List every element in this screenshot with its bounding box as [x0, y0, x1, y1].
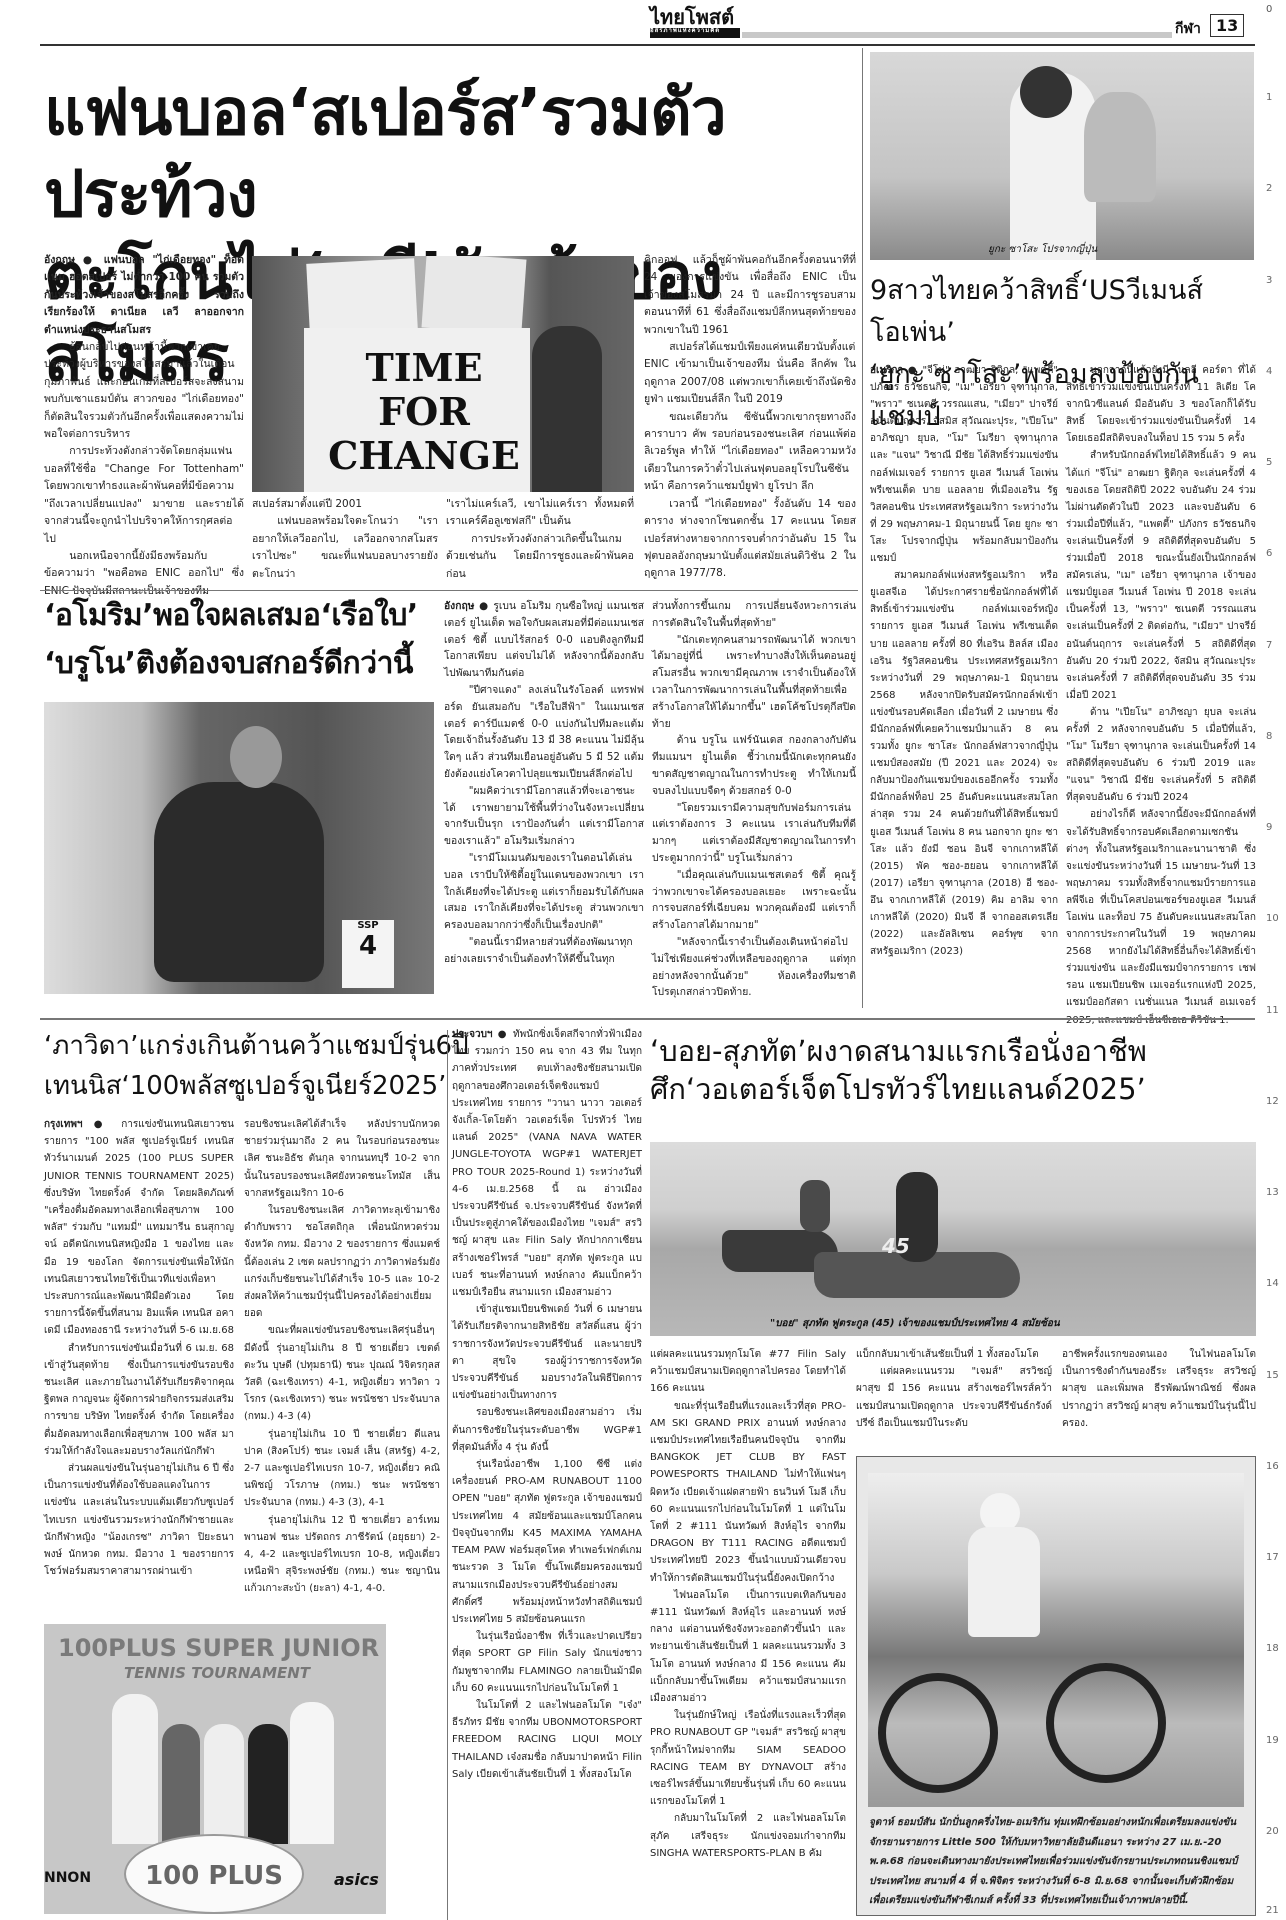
- newspaper-logo: ไทยโพสต์อิสรภาพแห่งความคิด: [650, 6, 740, 38]
- sign-label: SSP: [342, 920, 394, 931]
- paragraph: ขณะเดียวกัน ซีซันนี้พวกเขากรุยทางถึงคารา…: [644, 409, 856, 496]
- headline-line: ‘ภาวิดา’แกร่งเกินต้านคว้าแชมป์รุ่น6ปี: [44, 1026, 484, 1066]
- sign-number: 4: [342, 931, 394, 961]
- bike-wheel-rear: [1046, 1663, 1166, 1783]
- dateline: อังกฤษ ●: [44, 254, 96, 266]
- paragraph: การประท้วงดังกล่าวเกิดขึ้นในเกมด้วยเช่นก…: [446, 531, 634, 583]
- person: [162, 1724, 200, 1844]
- golfer-photo: ยูกะ ซาโสะ โปรจากญี่ปุ่น: [870, 52, 1254, 260]
- dateline: กรุงเทพฯ ●: [44, 1119, 110, 1130]
- ruler-mark: 14: [1266, 1278, 1279, 1289]
- story2-column-2: นอกจากนี้แล้วยังมี เนลลี คอร์ดา ที่ได้สิ…: [1066, 362, 1256, 1029]
- headline-line: แฟนบอล‘สเปอร์ส’รวมตัวประท้วง: [44, 72, 854, 236]
- paragraph: คิกออฟ แล้วก็ชูผ้าพันคอกันอีกครั้งตอนนาท…: [644, 252, 856, 339]
- paragraph: สมาคมกอล์ฟแห่งสหรัฐอเมริกา หรือยูเอสจีเอ…: [870, 567, 1058, 960]
- person: [112, 1694, 158, 1844]
- tennis-award-photo: 100PLUS SUPER JUNIOR TENNIS TOURNAMENT 1…: [44, 1624, 386, 1914]
- dateline: ประจวบฯ ●: [452, 1029, 508, 1040]
- jetski-photo: 45 "บอย" สุภทัต ฟูตระกูล (45) เจ้าของแชม…: [650, 1142, 1256, 1336]
- masthead-rule: [742, 32, 1172, 38]
- paragraph: สำหรับการแข่งขันเมื่อวันที่ 6 เม.ย. 68 เ…: [44, 1340, 234, 1460]
- column-rule: [447, 1030, 448, 1920]
- ruler-mark: 7: [1266, 640, 1272, 651]
- paragraph: อาชีพครั้งแรกของตนเอง ในไฟนอลโมโต เป็นกา…: [1062, 1346, 1256, 1432]
- ruler-mark: 5: [1266, 457, 1272, 468]
- paragraph: "เราไม่แคร์เลวี, เขาไม่แคร์เรา ทั้งหมดที…: [446, 496, 634, 531]
- story3-headline: ‘อโมริม’พอใจผลเสมอ‘เรือใบ’ ‘บรูโน’ติงต้อ…: [44, 592, 444, 688]
- dateline: อเมริกา ●: [870, 365, 918, 376]
- banner-text: TIME FOR CHANGE: [324, 346, 524, 478]
- ruler-mark: 15: [1266, 1370, 1279, 1381]
- dateline: อังกฤษ ●: [444, 600, 489, 612]
- trophy: [1084, 92, 1156, 202]
- paragraph: แฟนบอลพร้อมใจตะโกนว่า "เราอยากให้เลวีออก…: [252, 513, 438, 583]
- ruler-mark: 6: [1266, 548, 1272, 559]
- photo-caption: ยูกะ ซาโสะ โปรจากญี่ปุ่น: [988, 242, 1097, 257]
- paragraph: แต่ผลคะแนนรวมทุกโมโต #77 Filin Saly คว้า…: [650, 1346, 846, 1398]
- paragraph: รุ่นอายุไม่เกิน 10 ปี ชายเดี่ยว ดีแลน ปา…: [244, 1426, 440, 1512]
- headline-line: ‘อโมริม’พอใจผลเสมอ‘เรือใบ’: [44, 592, 444, 640]
- paragraph: ในโมโตที่ 2 และไฟนอลโมโต "เจ๋ง" ธีรภัทร …: [452, 1697, 642, 1783]
- ruler-mark: 4: [1266, 366, 1272, 377]
- column-rule: [862, 48, 863, 1008]
- story3-column-2: ส่วนทั้งการขึ้นเกม การเปลี่ยนจังหวะการเล…: [652, 598, 856, 1001]
- ruler-mark: 21: [1266, 1905, 1279, 1916]
- headline-line: 9สาวไทยคว้าสิทธิ์‘USวีเมนส์โอเพ่น’: [870, 270, 1260, 354]
- backdrop-subtitle: TENNIS TOURNAMENT: [124, 1664, 310, 1682]
- story5-column-1: ประจวบฯ ● ทัพนักซิ่งเจ็ตสกีจากทั่วฟ้าเมื…: [452, 1026, 642, 1783]
- person-silhouette: [532, 326, 602, 492]
- paragraph: เวลานี้ "ไก่เดือยทอง" รั้งอันดับ 14 ของต…: [644, 496, 856, 583]
- ruler-mark: 9: [1266, 822, 1272, 833]
- ruler-mark: 11: [1266, 1005, 1279, 1016]
- cyclist-jersey: [968, 1527, 1040, 1637]
- paragraph: ด้าน "เปียโน" อาภิชญา ยุบล จะเล่นครั้งที…: [1066, 704, 1256, 807]
- photo-caption: "บอย" สุภทัต ฟูตระกูล (45) เจ้าของแชมป์ป…: [770, 1316, 1060, 1331]
- paragraph: "เมื่อคุณเล่นกับแมนเชสเตอร์ ซิตี้ คุณรู้…: [652, 867, 856, 934]
- photo-caption: จูดาห์ ธอมป์สัน นักปั่นลูกครึ่งไทย-อเมริ…: [869, 1813, 1245, 1911]
- coach-head: [230, 726, 282, 788]
- ruler-mark: 17: [1266, 1552, 1279, 1563]
- sponsor-oval-logo: 100 PLUS: [124, 1834, 304, 1914]
- bike-wheel-front: [878, 1673, 998, 1793]
- story5-column-3: แบ็กกลับมาเข้าเส้นชัยเป็นที่ 1 ทั้งสองโม…: [856, 1346, 1052, 1432]
- paragraph: รุ่นเรือนั่งอาชีพ 1,100 ซีซี แต่งเครื่อง…: [452, 1456, 642, 1628]
- paragraph: "โดยรวมเรามีความสุขกับฟอร์มการเล่น แต่เร…: [652, 800, 856, 867]
- paragraph: "ตอนนี้เรามีหลายส่วนที่ต้องพัฒนาทุกอย่าง…: [444, 934, 644, 968]
- story1-column-1: อังกฤษ ● แฟนบอล "ไก่เดือยทอง" ท็อตแนม ฮอ…: [44, 252, 244, 600]
- story5-headline: ‘บอย-สุภทัต’ผงาดสนามแรกเรือนั่งอาชีพ ศึก…: [650, 1032, 1260, 1108]
- ruler-mark: 19: [1266, 1735, 1279, 1746]
- page-number: 13: [1210, 14, 1244, 37]
- paragraph: แต่ผลคะแนนรวม "เจมส์" สรวิชญ์ ผาสุข มี 1…: [856, 1363, 1052, 1432]
- paragraph: "ปีศาจแดง" ลงเล่นในรังโอลด์ แทรฟฟอร์ด ยั…: [444, 682, 644, 783]
- section-label: กีฬา: [1175, 18, 1201, 40]
- story4-column-2: รอบชิงชนะเลิศได้สำเร็จ หลังปราบนักหวดชาย…: [244, 1116, 440, 1598]
- top-divider: [40, 44, 1255, 46]
- paragraph: "ผมคิดว่าเรามีโอกาสแล้วที่จะเอาชนะได้ เร…: [444, 783, 644, 850]
- paragraph: ด้าน บรูโน แฟร์นันเดส กองกลางกัปตันทีมแม…: [652, 732, 856, 799]
- rider-rear: [800, 1180, 830, 1232]
- paragraph: รอบชิงชนะเลิศของเมืองสามอ่าว เริ่มต้นการ…: [452, 1404, 642, 1456]
- paragraph: รอบชิงชนะเลิศได้สำเร็จ หลังปราบนักหวดชาย…: [244, 1116, 440, 1202]
- paragraph: ในรุ่นยักษ์ใหญ่ เรือนั่งที่แรงและเร็วที่…: [650, 1707, 846, 1810]
- ruler-mark: 8: [1266, 731, 1272, 742]
- headline-line: เทนนิส‘100พลัสซูเปอร์จูเนียร์2025’: [44, 1066, 484, 1106]
- paragraph: กลับมาในโมโตที่ 2 และไฟนอลโมโต สุภัค เสร…: [650, 1810, 846, 1862]
- paragraph: ในรุ่นเรือนั่งอาชีพ ที่เร็วและปาดเปรียวท…: [452, 1628, 642, 1697]
- paragraph: ส่วนทั้งการขึ้นเกม การเปลี่ยนจังหวะการเล…: [652, 598, 856, 632]
- paragraph: การประท้วงดังกล่าวจัดโดยกลุ่มแฟนบอลที่ใช…: [44, 443, 244, 547]
- paragraph: ในรอบชิงชนะเลิศ ภาวิดาทะลุเข้ามาชิงดำกับ…: [244, 1202, 440, 1322]
- paragraph: แบ็กกลับมาเข้าเส้นชัยเป็นที่ 1 ทั้งสองโม…: [856, 1346, 1052, 1363]
- story2-column-1: อเมริกา ● "จีโน่" อาฒยา ฐิติกุล, "แพตตี้…: [870, 362, 1058, 960]
- cyclist-photo: [868, 1473, 1244, 1807]
- story3-column-1: อังกฤษ ● รูเบน อโมริม กุนซือใหญ่ แมนเชสเ…: [444, 598, 644, 968]
- ruler-mark: 13: [1266, 1187, 1279, 1198]
- page-ruler: 1 2 3 4 5 6 7 8 9 10 11 12 13 14 15 16 1…: [1262, 0, 1286, 1920]
- headline-line: ‘บรูโน’ติงต้องจบสกอร์ดีกว่านี้: [44, 640, 444, 688]
- story-lead: การแข่งขันเทนนิสเยาวชนรายการ "100 พลัส ซ…: [44, 1119, 234, 1336]
- person: [290, 1702, 334, 1844]
- banner-small: [422, 256, 527, 334]
- ruler-mark: 1: [1266, 92, 1272, 103]
- paragraph: เข้าสู่แชมเปียนชิพเดย์ วันที่ 6 เมษายน ไ…: [452, 1301, 642, 1404]
- coach-photo: SSP 4: [44, 702, 434, 994]
- paragraph: นอกจากนี้แล้วยังมี เนลลี คอร์ดา ที่ได้สิ…: [1066, 362, 1256, 447]
- paragraph: "หลังจากนี้เราจำเป็นต้องเดินหน้าต่อไป ไม…: [652, 934, 856, 1001]
- person: [248, 1724, 288, 1844]
- story1-column-4: คิกออฟ แล้วก็ชูผ้าพันคอกันอีกครั้งตอนนาท…: [644, 252, 856, 583]
- paragraph: สเปอร์สได้แชมป์เพียงแค่หนเดียวนับตั้งแต่…: [644, 339, 856, 409]
- paragraph: ขณะที่รุ่นเรือยืนที่แรงและเร็วที่สุด PRO…: [650, 1398, 846, 1587]
- story1-column-3: "เราไม่แคร์เลวี, เขาไม่แคร์เรา ทั้งหมดที…: [446, 496, 634, 583]
- golfer-head: [1020, 66, 1072, 118]
- paragraph: "นักเตะทุกคนสามารถพัฒนาได้ พวกเขาได้มาอย…: [652, 632, 856, 733]
- paragraph: อย่างไรก็ดี หลังจากนี้ยังจะมีนักกอล์ฟที่…: [1066, 806, 1256, 1028]
- ruler-mark: 3: [1266, 275, 1272, 286]
- paragraph: รุ่นอายุไม่เกิน 12 ปี ชายเดี่ยว อาร์เทม …: [244, 1512, 440, 1598]
- paragraph: ไฟนอลโมโต เป็นการแบตเทิลกันของ #111 นันท…: [650, 1587, 846, 1707]
- banner-small: [306, 258, 418, 334]
- person: [204, 1724, 244, 1844]
- paragraph: "เรามีโมเมนตัมของเราในตอนได้เล่นบอล เราบ…: [444, 850, 644, 934]
- story-lead: ทัพนักซิ่งเจ็ตสกีจากทั่วฟ้าเมืองไทย รวมก…: [452, 1029, 642, 1298]
- story-lead: "จีโน่" อาฒยา ฐิติกุล, "แพตตี้" ปภังกร ธ…: [870, 365, 1058, 564]
- story4-headline: ‘ภาวิดา’แกร่งเกินต้านคว้าแชมป์รุ่น6ปี เท…: [44, 1026, 484, 1106]
- story5-column-4: อาชีพครั้งแรกของตนเอง ในไฟนอลโมโต เป็นกา…: [1062, 1346, 1256, 1432]
- story4-column-1: กรุงเทพฯ ● การแข่งขันเทนนิสเยาวชนรายการ …: [44, 1116, 234, 1580]
- paragraph: สเปอร์สมาตั้งแต่ปี 2001: [252, 496, 438, 513]
- story1-column-2: สเปอร์สมาตั้งแต่ปี 2001 แฟนบอลพร้อมใจตะโ…: [252, 496, 438, 583]
- headline-line: ศึก‘วอเตอร์เจ็ตโปรทัวร์ไทยแลนด์2025’: [650, 1070, 1260, 1108]
- section-divider: [40, 590, 858, 591]
- paragraph: ย้อนกลับไปก่อนหน้านี้พวกเขาเคยประท้วงผู้…: [44, 339, 244, 443]
- ruler-mark: 18: [1266, 1643, 1279, 1654]
- paragraph: ขณะที่ผลแข่งขันรอบชิงชนะเลิศรุ่นอื่นๆ มี…: [244, 1322, 440, 1425]
- masthead: ไทยโพสต์อิสรภาพแห่งความคิด กีฬา 13: [650, 6, 1250, 38]
- coach-figure: [154, 782, 324, 982]
- backdrop-title: 100PLUS SUPER JUNIOR: [58, 1634, 379, 1662]
- headline-line: ‘บอย-สุภทัต’ผงาดสนามแรกเรือนั่งอาชีพ: [650, 1032, 1260, 1070]
- sponsor-logo-right: asics: [334, 1870, 379, 1889]
- ruler-mark: 20: [1266, 1826, 1279, 1837]
- protest-photo: TIME FOR CHANGE: [252, 256, 634, 492]
- cyclist-photo-box: จูดาห์ ธอมป์สัน นักปั่นลูกครึ่งไทย-อเมริ…: [856, 1456, 1256, 1916]
- ruler-mark: 2: [1266, 183, 1272, 194]
- story5-column-2: แต่ผลคะแนนรวมทุกโมโต #77 Filin Saly คว้า…: [650, 1346, 846, 1862]
- jetski-number: 45: [882, 1234, 910, 1258]
- ruler-mark: 10: [1266, 913, 1279, 924]
- ruler-mark: 16: [1266, 1461, 1279, 1472]
- paragraph: สำหรับนักกอล์ฟไทยได้สิทธิ์แล้ว 9 คน ได้แ…: [1066, 447, 1256, 703]
- ruler-mark: 12: [1266, 1096, 1279, 1107]
- pitch-sign: SSP 4: [342, 920, 394, 988]
- sponsor-logo-left: NNON: [44, 1870, 91, 1886]
- story-lead: แฟนบอล "ไก่เดือยทอง" ท็อตแนม ฮอตสเปอร์ ไ…: [44, 254, 244, 336]
- section-divider: [40, 1018, 1255, 1020]
- paragraph: ส่วนผลแข่งขันในรุ่นอายุไม่เกิน 6 ปี ซึ่ง…: [44, 1460, 234, 1580]
